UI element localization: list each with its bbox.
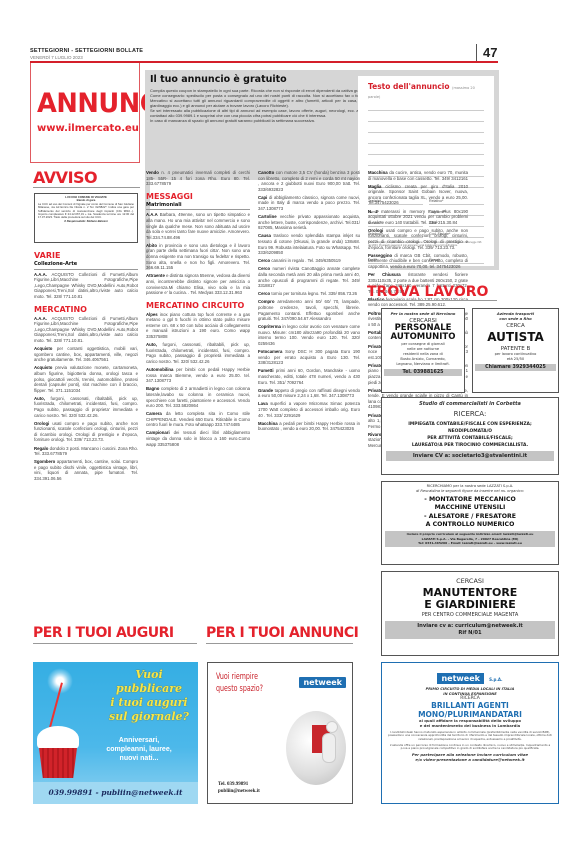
coupon-title: Il tuo annuncio è gratuito [150,74,380,85]
job-contact[interactable]: Inviare cv a: curriculum@netweek.it Rif … [385,621,555,639]
job-intro: di Rescaldina le seguenti figure da inse… [385,489,555,494]
ad-lead: Auto, [34,396,45,401]
section-heading: VARIE [34,252,138,260]
ad-lead: Cartoline [258,214,277,219]
ad-text: furgoni, cassonati, ribaltabili, pick up… [146,342,250,364]
ad-lead: Capi [258,195,267,200]
contact-line: Tel: 0331-465200 – Email: lazzati@lazzat… [386,541,554,546]
job-contact[interactable]: Inviare CV a: societario3@stvalentini.it [386,451,554,461]
ad-lead: Acquisto [34,346,52,351]
avviso-notice-box: LUCI DEI COMUNE DI VIGNATE Bando di gara… [34,193,138,243]
ad-text: furgoni, cassonati, ribaltabili, pick up… [34,396,138,418]
ad-text-line[interactable] [368,111,484,122]
ad-lead: Canotto [258,170,274,175]
ad-text: primi anni 60, Gordon, Mandrake - uomo m… [258,368,360,384]
job-position: A CONTROLLO NUMERICO [385,521,555,529]
classified-ad: Acquisto per contanti oggettistica, mobi… [34,346,138,363]
headline-line: i tuoi auguri [103,696,195,710]
newspaper-title: SETTEGIORNI - SETTEGIORNI BOLLATE [30,48,143,54]
classified-ad: Orologi usati compro e pago subito, anch… [368,228,468,250]
classified-ad: Copriterma in legno color avorio con ven… [258,324,360,346]
auguri-headline: Vuoi pubblicare i tuoi auguri sul giorna… [103,668,195,724]
ad-text: dondolo 3 posti. Mancano i cuscini. Zona… [34,446,138,457]
classified-ad: Camera da letto completa sita in Como st… [146,411,250,428]
ad-text: usati compro e pago subito, anche non fu… [34,421,138,443]
auguri-divider [33,643,197,644]
auguri-contact[interactable]: 039.99891 - publiin@netweek.it [33,782,198,804]
ad-text: completo di 2 armadietti in legno con co… [146,386,250,408]
job-title: CERCA [475,323,556,329]
classified-ad: Maglia ciclismo creata per giro d'Italia… [368,184,468,206]
classified-ad: Lava superfici a vapore Micromax Simac p… [258,401,360,418]
ad-text: superfici a vapore Micromax Simac potenz… [258,401,360,417]
coupon-paragraph: In caso di mancanza di spazio gli annunc… [150,118,380,123]
classified-ad: Sgombero appartamenti, box, cantine, sol… [34,459,138,481]
classifieds-column-1: VARIECollezione-ArteA.A.A. ACQUISTO Coll… [34,252,138,484]
classified-ad: Cerco canarini in regalo . Tel. 349/6350… [258,258,360,264]
job-body: L'azienda offre un percorso di formazion… [386,744,554,751]
classified-ad: Bagno completo di 2 armadietti in legno … [146,386,250,408]
ad-text: tappeto di pregio con raffinati disegni … [258,388,360,399]
job-cta[interactable]: e/o video-presentazione a candidature@ne… [386,758,554,763]
ad-lead: Cerco [258,291,270,296]
ad-text: Barbara, 49enne, sono un tipetto simpati… [146,212,250,239]
ad-lead: Attraente [146,273,165,278]
classified-ad: Regalo dondolo 3 posti. Mancano i cuscin… [34,446,138,457]
classified-ad: Auto, furgoni, cassonati, ribaltabili, p… [34,396,138,418]
classified-ad: Compro arredamento anni 50/ 60/ 70, lamp… [258,299,360,321]
ad-text-line[interactable] [368,144,484,155]
figure-head [326,721,338,733]
form-title-text: Testo dell'annuncio [368,82,450,91]
ad-lead: Fotocamera [258,349,282,354]
ad-lead: Camera [146,411,162,416]
section-heading: MERCATINO CIRCUITO [146,302,250,310]
ad-lead: Grande [258,388,273,393]
page-number: 47 [476,44,496,62]
classified-ad: Canotto con motore 3,5 CV (honda) benzin… [258,170,360,192]
headline-line: sul giornale? [103,710,195,724]
avviso-divider [33,187,140,188]
body-line: età 25/50 [475,357,556,362]
classified-ad: Grande tappeto di pregio con raffinati d… [258,388,360,399]
ad-lead: A.A.A. [34,316,47,321]
job-ad-commercialisti: Studio di commercialisti in Corbetta RIC… [381,397,559,475]
question-line: questo spazio? [216,683,263,695]
netweek-contact: Tel. 039.99891 publiin@netweek.it [218,781,260,795]
annunci-brand-box: ANNUNCI www.ilmercato.eu [30,63,140,163]
ad-text: di abbigliamento classico, signora come … [258,195,360,211]
classified-ad: Macchina a pedali per bimbi Happy Herbie… [258,421,360,432]
classified-ad: Automobilina per bimbi con pedali Happy … [146,367,250,384]
ad-lead: Orologi [34,421,49,426]
classified-ad: Attraente e distinta signora 55enne, ved… [146,273,250,295]
classified-ad: Acquisto previa valutazione monete, cart… [34,365,138,393]
ad-text: n. 4 pneumatici invernali completi di ce… [146,170,250,186]
job-role: BRILLANTI AGENTI MONO/PLURIMANDATARI [386,701,554,719]
job-ad-personale: Per la nostra sede di Nerviano CERCARSI … [381,308,465,393]
job-role: AUTISTA [475,331,556,344]
ad-lead: Abito [146,243,157,248]
job-contact[interactable]: Tel. 039881625 [384,369,462,376]
classified-ad: Fumetti primi anni 60, Gordon, Mandrake … [258,368,360,385]
ad-text: ACQUISTO Collezioni di Fumetti,Album Fig… [34,272,138,299]
section-heading: MESSAGGI [146,193,250,201]
ad-text: ciclismo creata per giro d'Italia 2010 o… [368,184,468,206]
annunci-heading: PER I TUOI ANNUNCI [206,625,358,641]
netweek-logo: netweek [437,673,484,684]
classified-ad: Cerco tornio per tornitura legno. Tel. 3… [258,291,360,297]
job-ad-autista: Azienda trasporti con sede a Rho CERCA A… [472,308,559,393]
job-position: MACCHINE UTENSILI [385,504,555,512]
job-contact[interactable]: Chiamare 3929344025 [475,364,556,371]
job-ad-lazzati: RICERCHIAMO per la nostra sede LAZZATI S… [381,481,559,565]
job-body: per consegne di giornali nelle ore nottu… [384,342,462,367]
ad-lead: N. 2 [368,209,378,214]
ad-lead: Copriterma [258,324,281,329]
job-position: - MONTATORE MECCANICO [385,496,555,504]
ad-lead: Passeggino [368,253,392,258]
ad-text: ACQUISTO Collezioni di Fumetti,Album Fig… [34,316,138,343]
job-intro: Per la nostra sede di Nerviano [384,311,462,316]
ad-lead: Fumetti [258,368,274,373]
contact-phone: Tel. 039.99891 [218,781,260,788]
classified-ad: Capi di abbigliamento classico, signora … [258,195,360,212]
classified-ad: Cerco numeri rivista Canottaggio annate … [258,266,360,288]
classified-ad: Orologi usati compro e pago subito, anch… [34,421,138,443]
ad-lead: Compro [258,299,274,304]
ad-text: inox piano cottura top fuori corrente e … [146,312,250,339]
ad-text: da letto completa sita in Como stile CHI… [146,411,250,427]
figure-pushing-icon [316,721,342,783]
section-subheading: Matrimoniali [146,203,250,211]
classified-ad: A.A.A. ACQUISTO Collezioni di Fumetti,Al… [34,272,138,300]
ad-lead: Maglia [368,184,381,189]
ad-text: materassi in memory Foam Plus 80x190 acq… [368,209,468,225]
classified-ad: Vendo n. 4 pneumatici invernali completi… [146,170,250,187]
job-bold-line: e del mantenimento del business in Lomba… [386,724,554,729]
classified-ad: Causa trasloco vendo splendida stampa in… [258,233,360,255]
coupon-instructions: Il tuo annuncio è gratuito Compila quest… [150,74,380,123]
ad-lead: Cerco [258,258,270,263]
netweek-space-advert[interactable]: Vuoi riempire questo spazio? netweek Tel… [207,662,353,804]
ad-text-line[interactable] [368,133,484,144]
annunci-divider [206,643,353,644]
classified-ad: A.A.A Barbara, 49enne, sono un tipetto s… [146,212,250,240]
coupon-paragraph: Se sei interessato alla pubblicazione di… [150,108,380,118]
auguri-subtext: Anniversari, compleanni, lauree, nuovi n… [83,736,195,763]
job-role: E GIARDINIERE [385,599,555,611]
sub-line: Anniversari, [83,736,195,745]
auguri-heading: PER I TUOI AUGURI [33,625,174,641]
space-question: Vuoi riempire questo spazio? [216,671,263,695]
ad-lead: A.A.A. [34,272,47,277]
brand-url[interactable]: www.ilmercato.eu [37,123,139,134]
job-line: PER ATTIVITÀ CONTABILE/FISCALE; [386,435,554,442]
ad-lead: Per Chiusura [368,272,401,277]
ad-lead: Cerco [258,266,270,271]
body-line: Legnano, Nerviano e limitrofi. [384,362,462,367]
contact-line: Inviare cv a: curriculum@netweek.it [387,623,553,630]
job-contact[interactable]: Inviare il proprio curriculum al seguent… [385,531,555,547]
job-title: RICERCA: [386,410,554,418]
classifieds-column-2: Vendo n. 4 pneumatici invernali completi… [146,170,250,450]
figure-body [322,733,336,763]
sub-line: compleanni, lauree, [83,745,195,754]
job-ad-netweek: netweek S.p.A. PRIMO CIRCUITO DI MEDIA L… [381,662,559,804]
section-subheading: Collezione-Arte [34,262,138,270]
contact-line: Inviare il proprio curriculum al seguent… [386,532,554,537]
trova-lavoro-divider [367,300,497,301]
classified-ad: Abito in provincia e sono una dietologa … [146,243,250,271]
job-line: NEODIPLOMATA/O [386,428,554,435]
question-line: Vuoi riempire [216,671,263,683]
section-heading: MERCATINO [34,306,138,314]
ad-lead: Macchina [368,170,388,175]
cupcake-icon [35,712,81,782]
ad-lead: Alpes [146,312,158,317]
job-line: LAUREATO/A PER TIROCINIO COMMERCIALISTA. [386,442,554,449]
classified-ad: Macchina da cucire, antica, vendo euro 7… [368,170,468,181]
job-ad-manutentore: CERCASI MANUTENTORE E GIARDINIERE PER CE… [381,571,559,656]
job-title: CERCASI [385,577,555,585]
job-position: - ALESATORE / FRESATORE [385,513,555,521]
ad-lead: Causa [258,233,271,238]
ad-lead: Sgombero [34,459,55,464]
classified-ad: Alpes inox piano cottura top fuori corre… [146,312,250,340]
classified-ad: Campionari dei tessuti dieci libri abbig… [146,430,250,447]
coupon-paragraph: Come consegnarlo: spediscilo per posta o… [150,93,380,108]
classified-ad: Cartoline vecchie privato appassionato a… [258,214,360,231]
ad-lead: Acquisto [34,365,52,370]
ad-text: usati compro e pago subito, anche non fu… [368,228,468,250]
logo-suffix: S.p.A. [489,677,502,682]
classified-ad: Passeggino di marca GB Cbit, comodo, rob… [368,253,468,270]
ad-lead: A.A.A [146,212,158,217]
avviso-heading: AVVISO [33,168,97,187]
ad-text: con motore 3,5 CV (honda) benzina 3 post… [258,170,360,192]
avviso-box-signature: Il Responsabile: Stefano Balcani [38,220,134,223]
ad-text: numeri rivista Canottaggio annate comple… [258,266,360,288]
ad-text: arredamento anni 50/ 60/ 70, lampade, po… [258,299,360,321]
auguri-advert[interactable]: Vuoi pubblicare i tuoi auguri sul giorna… [33,662,198,804]
ad-lead: Vendo [146,170,159,175]
netweek-logo: netweek [299,677,346,688]
contact-email[interactable]: publiin@netweek.it [218,788,260,795]
ad-lead: Orologi [368,228,383,233]
ad-lead: Regalo [34,446,48,451]
ad-lead: Lava [258,401,268,406]
job-intro: Studio di commercialisti in Corbetta [386,401,554,407]
ad-text-line[interactable] [368,100,484,111]
ad-text: tornio per tornitura legno. Tel. 339/ 85… [271,291,357,296]
contact-line: Rif N/01 [387,630,553,637]
classified-ad: Auto, furgoni, cassonati, ribaltabili, p… [146,342,250,364]
job-intro: con sede a Rho [475,316,556,321]
headline-line: Vuoi pubblicare [103,668,195,696]
ad-lead: Macchina [258,421,278,426]
ad-text: trasloco vendo splendida stampa inkjet s… [258,233,360,255]
classifieds-column-3: Canotto con motore 3,5 CV (honda) benzin… [258,170,360,434]
avviso-box-body: La CUC ad uso dei Comuni di Vignate per … [38,203,134,220]
ad-lead: Automobilina [146,367,173,372]
cupcake-base [39,748,77,778]
classified-ad: Fotocamera Sony DSC H 300 pagata Euro 19… [258,349,360,366]
issue-date: VENERDÌ 7 LUGLIO 2023 [30,55,83,60]
ad-text: canarini in regalo . Tel. 349/6350519 [271,258,340,263]
job-role: AUTOMUNITO [384,333,462,342]
job-body: I candidati ideali hanno maturato esperi… [386,731,554,742]
trova-lavoro-heading: TROVA LAVORO [367,284,488,300]
classified-ad: N. 2 materassi in memory Foam Plus 80x19… [368,209,468,226]
ad-lead: Bagno [146,386,159,391]
ad-text-line[interactable] [368,155,484,166]
ad-text-line[interactable] [368,122,484,133]
ad-lead: Campionari [146,430,170,435]
ad-lead: Auto, [146,342,157,347]
form-title: Testo dell'annuncio (massimo 20 parole) [368,82,484,100]
job-subtitle: PER CENTRO COMMERCIALE MAGENTA [385,612,555,618]
job-line: IMPIEGATA CONTABILE/FISCALE CON ESPERIEN… [386,421,554,428]
sub-line: nuovi nati... [83,754,195,763]
classified-ad: A.A.A. ACQUISTO Collezioni di Fumetti,Al… [34,316,138,344]
ad-text: in provincia e sono una dietologa e il l… [146,243,250,270]
